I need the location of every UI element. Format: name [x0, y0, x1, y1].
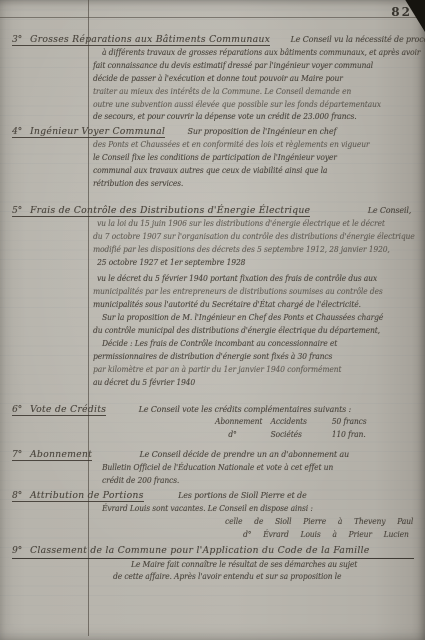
body-line: Bulletin Officiel de l'Éducation Nationa… [102, 462, 403, 475]
item-number: 8° [12, 490, 22, 503]
register-page-scan: 82 3° Grosses Réparations aux Bâtiments … [0, 0, 425, 640]
body-line: fait connaissance du devis estimatif dre… [93, 60, 403, 73]
minute-item-7: 7° Abonnement Le Conseil décide de prend… [93, 449, 419, 488]
minute-item-6: 6° Vote de Crédits Le Conseil vote les c… [93, 404, 419, 443]
credit-amount: 50 francs [332, 417, 367, 426]
item-lead-text: Sur proposition de l'Ingénieur en chef [188, 127, 337, 136]
item-lead-text: Le Conseil vu la nécessité de procéder [291, 35, 425, 44]
item-number: 6° [12, 404, 22, 417]
page-number: 82 [391, 5, 412, 19]
item-heading: Attribution de Portions [12, 490, 144, 502]
credit-sublabel: Sociétés [271, 429, 330, 442]
body-line: vu la loi du 15 juin 1906 sur les distri… [97, 218, 403, 231]
body-line: du 7 octobre 1907 sur l'organisation du … [93, 231, 403, 244]
body-line: décide de passer à l'exécution et donne … [93, 73, 403, 86]
item-lead-text: Le Conseil décide de prendre un an d'abo… [140, 450, 350, 459]
body-line: le Conseil fixe les conditions de partic… [93, 152, 403, 165]
minute-item-3: 3° Grosses Réparations aux Bâtiments Com… [93, 34, 419, 124]
body-line: crédit de 200 francs. [102, 475, 403, 488]
item-number: 9° [12, 545, 22, 558]
item-lead-text: Le Conseil, [368, 206, 411, 215]
body-line: de secours, et pour couvrir la dépense v… [93, 111, 403, 124]
body-line: de cette affaire. Après l'avoir entendu … [113, 571, 404, 584]
item-number: 7° [12, 449, 22, 462]
body-line: rétribution des services. [93, 178, 403, 191]
body-line: 25 octobre 1927 et 1er septembre 1928 [97, 257, 403, 270]
body-line: d° Évrard Louis à Prieur Lucien [243, 529, 410, 542]
body-line: municipalités par les entrepreneurs de d… [93, 286, 403, 299]
minute-item-9: 9° Classement de la Commune pour l'Appli… [93, 545, 419, 585]
item-heading-row: Attribution de Portions Les portions de … [93, 490, 419, 503]
credit-row: Abonnement Accidents 50 francs [215, 416, 409, 429]
body-line: vu le décret du 5 février 1940 portant f… [97, 273, 403, 286]
item-heading-row: Classement de la Commune pour l'Applicat… [93, 545, 419, 559]
item-heading-row: Frais de Contrôle des Distributions d'Én… [93, 205, 419, 218]
item-number: 4° [12, 126, 22, 139]
item-heading-row: Abonnement Le Conseil décide de prendre … [93, 449, 419, 462]
item-heading: Vote de Crédits [12, 404, 106, 416]
item-heading-row: Ingénieur Voyer Communal Sur proposition… [93, 126, 419, 139]
item-lead-text: Le Conseil vote les crédits complémentai… [139, 405, 351, 414]
credit-label: Abonnement [215, 416, 268, 429]
item-number: 5° [12, 205, 22, 218]
credit-label: d° [215, 429, 268, 442]
body-line: à différents travaux de grosses réparati… [102, 47, 403, 60]
body-line: Évrard Louis sont vacantes. Le Conseil e… [102, 503, 403, 516]
item-heading: Frais de Contrôle des Distributions d'Én… [12, 205, 310, 217]
item-number: 3° [12, 34, 22, 47]
body-line: du contrôle municipal des distributions … [93, 325, 403, 338]
body-line: modifié par les dispositions des décrets… [93, 244, 403, 257]
body-line: permissionnaires de distribution d'énerg… [93, 351, 403, 364]
credit-sublabel: Accidents [271, 416, 330, 429]
minute-item-4: 4° Ingénieur Voyer Communal Sur proposit… [93, 126, 419, 191]
item-heading: Ingénieur Voyer Communal [12, 126, 165, 138]
item-heading: Grosses Réparations aux Bâtiments Commun… [12, 34, 270, 46]
body-line: au décret du 5 février 1940 [93, 377, 403, 390]
body-line: communal aux travaux autres que ceux de … [93, 165, 403, 178]
item-lead-text: Les portions de Sioll Pierre et de [178, 491, 306, 500]
top-ruled-line [0, 17, 425, 18]
item-heading-row: Vote de Crédits Le Conseil vote les créd… [93, 404, 419, 417]
item-heading: Classement de la Commune pour l'Applicat… [12, 545, 414, 559]
minute-item-5: 5° Frais de Contrôle des Distributions d… [93, 205, 419, 390]
body-line: Le Maire fait connaître le résultat de s… [131, 559, 405, 572]
body-line: Sur la proposition de M. l'Ingénieur en … [102, 312, 403, 325]
body-line: celle de Sioll Pierre à Theveny Paul [225, 516, 409, 529]
body-line: municipalités sous l'autorité du Secréta… [93, 299, 403, 312]
credit-row: d° Sociétés 110 fran. [215, 429, 409, 442]
credit-amount: 110 fran. [332, 430, 366, 439]
body-line: outre une subvention aussi élevée que po… [93, 99, 403, 112]
body-line: par kilomètre et par an à partir du 1er … [93, 364, 403, 377]
body-line: traiter au mieux des intérêts de la Comm… [93, 86, 403, 99]
handwritten-content: 3° Grosses Réparations aux Bâtiments Com… [0, 34, 425, 584]
item-heading: Abonnement [12, 449, 92, 461]
body-line: Décide : Les frais de Contrôle incombant… [102, 338, 403, 351]
body-line: des Ponts et Chaussées et en conformité … [93, 139, 403, 152]
item-heading-row: Grosses Réparations aux Bâtiments Commun… [93, 34, 419, 47]
minute-item-8: 8° Attribution de Portions Les portions … [93, 490, 419, 542]
